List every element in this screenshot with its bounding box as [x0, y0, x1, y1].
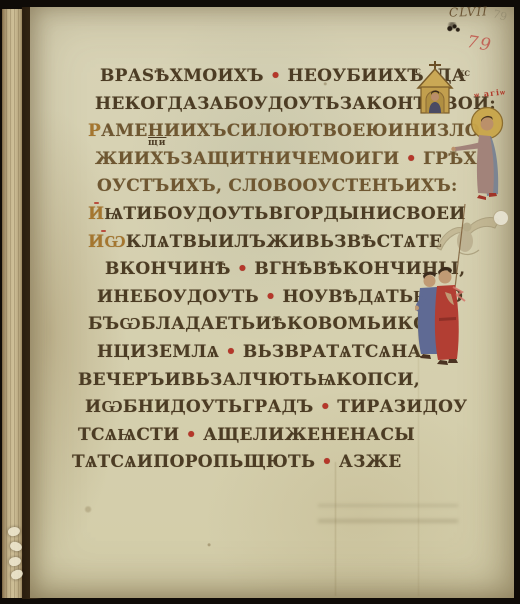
page-crease [335, 462, 336, 596]
text-line: ВРАЅѢХМОИХЪ • НЕОУБИИХЪ, ДА [100, 63, 450, 91]
text-line: ИНЕБОУДОУТЬ • НОУВѢДѦТЬѨКО [97, 284, 450, 312]
folio-pencil-number: 79 [491, 7, 508, 23]
margin-miniatures [415, 56, 520, 376]
superscript-abbreviation: щи [148, 138, 166, 148]
shrine-miniature [418, 61, 452, 113]
text-line: ВЕЧЕРЪИВЬЗАЛЧЮТЬѨКОПСИ, [78, 367, 450, 395]
folio-red-number: 79 [466, 32, 494, 56]
text-line: ИѠКЛѦТВЫИЛЪЖИВЬЗВѢСТѦТЕ [88, 229, 450, 257]
folio-roman-numeral: CLVII [449, 4, 488, 19]
book-fore-edge [2, 9, 23, 598]
white-disc [494, 211, 509, 226]
photo-frame: CLVII 79 79 ВРАЅѢХМОИХЪ • НЕОУБИИХЪ, ДА … [0, 0, 520, 604]
manuscript-text-block: ВРАЅѢХМОИХЪ • НЕОУБИИХЪ, ДА НЕКОГДАЗАБОУ… [30, 63, 450, 477]
manuscript-page: CLVII 79 79 ВРАЅѢХМОИХЪ • НЕОУБИИХЪ, ДА … [30, 7, 514, 598]
text-line: ИѨТИБОУДОУТЬВГОРДЫНИСВОЕИ [88, 201, 450, 229]
ink-smudge [445, 22, 461, 33]
text-line: РАМЕНИИХЪСИЛОЮТВОЕЮИНИЗЛО [88, 118, 450, 146]
text-line: ТСѦѨСТИ • АЩЕЛИЖЕНЕНАСЫ [78, 422, 450, 450]
saint-figure [451, 108, 502, 201]
text-line: БЪѠБЛАДАЕТЬИѢКОВОМЬИКО [88, 311, 450, 339]
angel-figure [437, 218, 499, 255]
text-line: ИѠБНИДОУТЬГРАДЪ • ТИРАЗИДОУ [85, 394, 450, 422]
onlookers-figures [415, 267, 465, 365]
text-line: ВКОНЧИНѢ • ВГНѢВѢКОНЧИНЫ, [105, 256, 450, 284]
text-line: ТѦТСѦИПОРОПЬЩЮТЬ • АЗЖЕ [72, 449, 450, 477]
page-crease [418, 302, 419, 596]
show-through-text [318, 489, 458, 531]
text-line: НЦИЗЕМЛѦ • ВЬЗВРАТѦТСѦНА [97, 339, 450, 367]
text-line: ЖИИХЪЗАЩИТНИЧЕМОИГИ • ГРѢХ [95, 146, 450, 174]
text-line: ОУСТЪИХЪ, СЛОВООУСТЕНЪИХЪ: [97, 173, 450, 201]
text-line: НЕКОГДАЗАБОУДОУТЬЗАКОНЪТВОИ: [95, 91, 450, 119]
